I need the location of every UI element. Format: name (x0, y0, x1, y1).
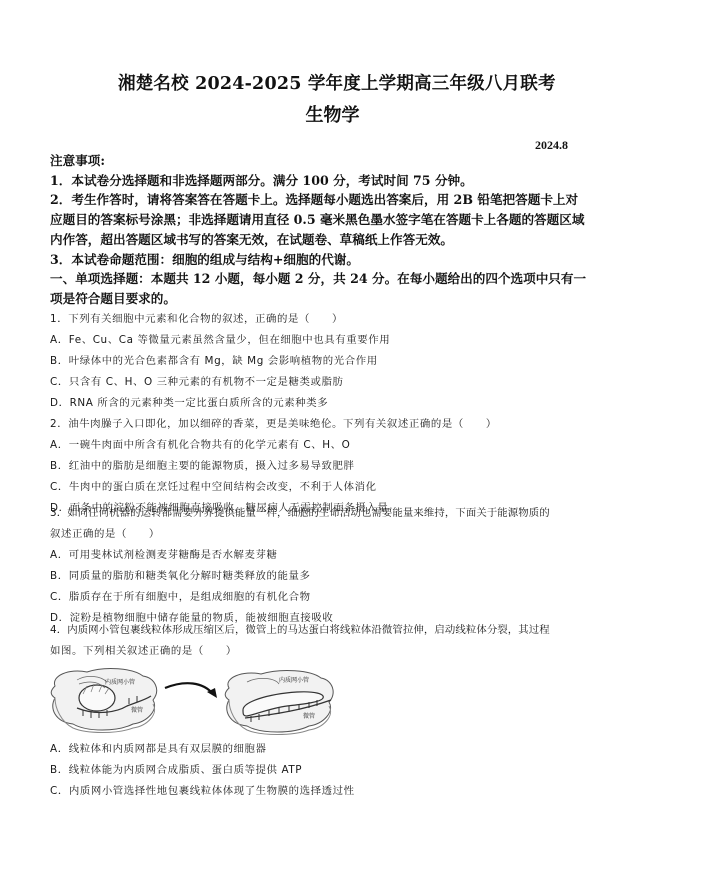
question-stem: 2．油牛肉臊子入口即化，加以细碎的香菜，更是美味绝伦。下列有关叙述正确的是（ ） (50, 414, 570, 435)
option-d: D．RNA 所含的元素种类一定比蛋白质所含的元素种类多 (50, 393, 570, 414)
er-tubule-label-right: 内质网小管 (279, 676, 309, 684)
exam-title: 湘楚名校 2024-2025 学年度上学期高三年级八月联考 (0, 72, 701, 96)
instruction-line: 2．考生作答时，请将答案答在答题卡上。选择题每小题选出答案后，用 2B 铅笔把答… (50, 190, 570, 210)
question-stem: 1．下列有关细胞中元素和化合物的叙述，正确的是（ ） (50, 309, 570, 330)
option-c: C．脂质存在于所有细胞中，是组成细胞的有机化合物 (50, 587, 570, 608)
option-c: C．牛肉中的蛋白质在烹饪过程中空间结构会改变，不利于人体消化 (50, 477, 570, 498)
question-stem-cont: 叙述正确的是（ ） (50, 524, 570, 545)
option-a: A．Fe、Cu、Ca 等微量元素虽然含量少，但在细胞中也具有重要作用 (50, 330, 570, 351)
question-3: 3．如同任何机器的运转都需要外界提供能量一样，细胞的生命活动也需要能量来维持，下… (50, 503, 570, 629)
option-b: B．红油中的脂肪是细胞主要的能源物质，摄入过多易导致肥胖 (50, 456, 570, 477)
er-tubule-label: 内质网小管 (105, 678, 135, 686)
option-a: A．可用斐林试剂检测麦芽糖酶是否水解麦芽糖 (50, 545, 570, 566)
cell-diagram-icon: 内质网小管 微管 内质网小管 微管 (47, 666, 337, 736)
option-a: A．线粒体和内质网都是具有双层膜的细胞器 (50, 739, 570, 760)
question-4: 4．内质网小管包裹线粒体形成压缩区后，微管上的马达蛋白将线粒体沿微管拉伸，启动线… (50, 620, 570, 662)
option-b: B．同质量的脂肪和糖类氧化分解时糖类释放的能量多 (50, 566, 570, 587)
exam-page: 湘楚名校 2024-2025 学年度上学期高三年级八月联考 生物学 2024.8… (0, 0, 701, 877)
option-b: B．叶绿体中的光合色素都含有 Mg，缺 Mg 会影响植物的光合作用 (50, 351, 570, 372)
microtubule-label-right: 微管 (303, 712, 315, 720)
subject-title: 生物学 (0, 104, 683, 128)
option-c: C．只含有 C、H、O 三种元素的有机物不一定是糖类或脂肪 (50, 372, 570, 393)
mitochondria-division-figure: 内质网小管 微管 内质网小管 微管 (47, 666, 337, 736)
question-stem: 4．内质网小管包裹线粒体形成压缩区后，微管上的马达蛋白将线粒体沿微管拉伸，启动线… (50, 620, 570, 641)
option-c: C．内质网小管选择性地包裹线粒体体现了生物膜的选择透过性 (50, 781, 570, 802)
instruction-line: 应题目的答案标号涂黑；非选择题请用直径 0.5 毫米黑色墨水签字笔在答题卡上各题… (50, 210, 570, 230)
instruction-line: 1．本试卷分选择题和非选择题两部分。满分 100 分，考试时间 75 分钟。 (50, 171, 570, 191)
option-a: A．一碗牛肉面中所含有机化合物共有的化学元素有 C、H、O (50, 435, 570, 456)
instructions-heading: 注意事项: (50, 151, 570, 171)
microtubule-label-left: 微管 (131, 706, 143, 714)
question-1: 1．下列有关细胞中元素和化合物的叙述，正确的是（ ） A．Fe、Cu、Ca 等微… (50, 309, 570, 414)
instruction-line: 3．本试卷命题范围：细胞的组成与结构+细胞的代谢。 (50, 250, 570, 270)
instructions: 注意事项: 1．本试卷分选择题和非选择题两部分。满分 100 分，考试时间 75… (50, 151, 570, 309)
section-heading: 一、单项选择题：本题共 12 小题，每小题 2 分，共 24 分。在每小题给出的… (50, 269, 570, 289)
question-4-options: A．线粒体和内质网都是具有双层膜的细胞器 B．线粒体能为内质网合成脂质、蛋白质等… (50, 739, 570, 802)
option-b: B．线粒体能为内质网合成脂质、蛋白质等提供 ATP (50, 760, 570, 781)
question-stem-cont: 如图。下列相关叙述正确的是（ ） (50, 641, 570, 662)
question-stem: 3．如同任何机器的运转都需要外界提供能量一样，细胞的生命活动也需要能量来维持，下… (50, 503, 570, 524)
instruction-line: 内作答，超出答题区域书写的答案无效，在试题卷、草稿纸上作答无效。 (50, 230, 570, 250)
section-heading: 项是符合题目要求的。 (50, 289, 570, 309)
